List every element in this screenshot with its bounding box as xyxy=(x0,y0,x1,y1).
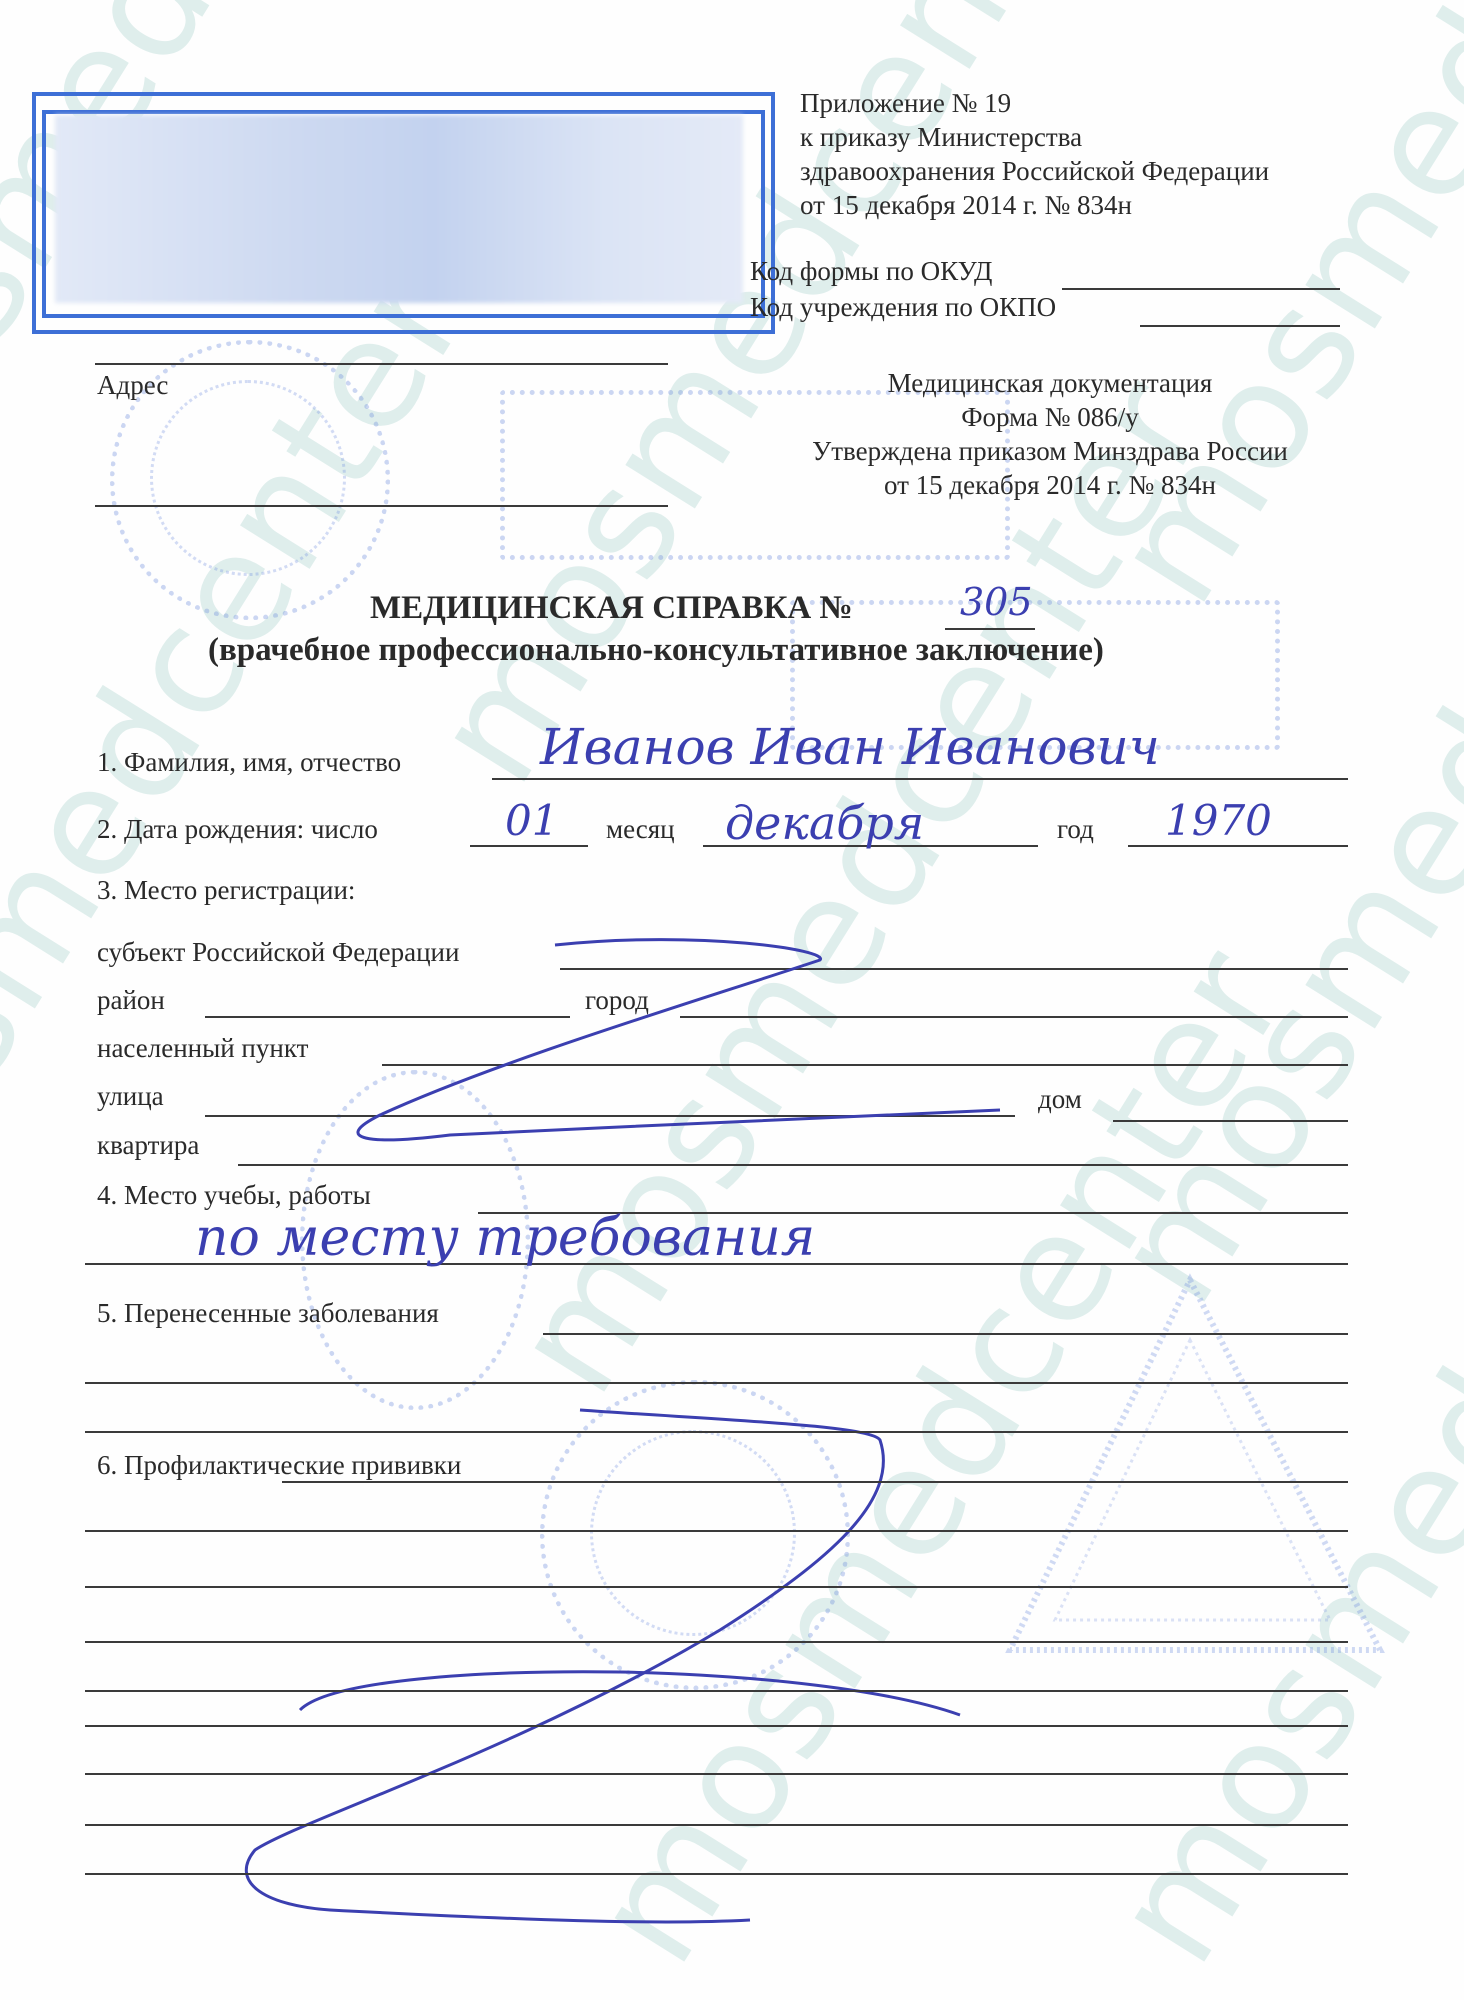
past-diseases-field-1[interactable] xyxy=(543,1333,1348,1335)
vaccinations-field-1[interactable] xyxy=(282,1481,1348,1483)
vaccinations-field-7[interactable] xyxy=(85,1773,1348,1775)
past-diseases-field-3[interactable] xyxy=(85,1431,1348,1433)
vaccinations-field-4[interactable] xyxy=(85,1641,1348,1643)
vaccinations-field-5[interactable] xyxy=(85,1690,1348,1692)
vaccinations-field-2[interactable] xyxy=(85,1530,1348,1532)
strike-through-marks xyxy=(0,0,1464,2000)
vaccinations-label: 6. Профилактические прививки xyxy=(97,1448,461,1482)
vaccinations-field-8[interactable] xyxy=(85,1824,1348,1826)
vaccinations-field-9[interactable] xyxy=(85,1873,1348,1875)
workplace-value: по месту требования xyxy=(195,1208,815,1268)
vaccinations-field-3[interactable] xyxy=(85,1586,1348,1588)
past-diseases-label: 5. Перенесенные заболевания xyxy=(97,1296,439,1330)
vaccinations-field-6[interactable] xyxy=(85,1725,1348,1727)
workplace-label: 4. Место учебы, работы xyxy=(97,1178,371,1212)
past-diseases-field-2[interactable] xyxy=(85,1382,1348,1384)
